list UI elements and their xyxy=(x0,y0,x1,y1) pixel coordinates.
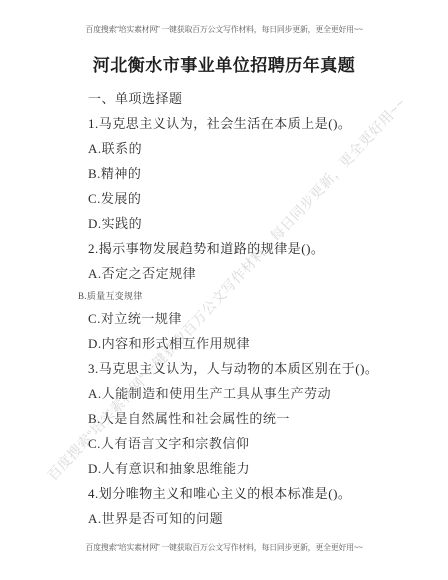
option-line: C.人有语言文字和宗教信仰 xyxy=(0,431,448,456)
option-line: A.人能制造和使用生产工具从事生产劳动 xyxy=(0,381,448,406)
question-line: 2.揭示事物发展趋势和道路的规律是()。 xyxy=(0,236,448,261)
exam-document-page: 百度搜索“培实素材网” 一键获取百万公文写作材料，每日同步更新，更全更好用~~ … xyxy=(0,0,448,580)
document-title: 河北衡水市事业单位招聘历年真题 xyxy=(0,54,448,78)
option-line: D.内容和形式相互作用规律 xyxy=(0,331,448,356)
option-line: B.人是自然属性和社会属性的统一 xyxy=(0,406,448,431)
option-line: A.否定之否定规律 xyxy=(0,261,448,286)
question-line: 4.划分唯物主义和唯心主义的根本标准是()。 xyxy=(0,481,448,506)
option-line: A.世界是否可知的问题 xyxy=(0,506,448,531)
option-line: C.发展的 xyxy=(0,186,448,211)
option-line: A.联系的 xyxy=(0,136,448,161)
question-line: 3.马克思主义认为，人与动物的本质区别在于()。 xyxy=(0,356,448,381)
option-line: B.精神的 xyxy=(0,161,448,186)
footer-promo-text: 百度搜索“培实素材网” 一键获取百万公文写作材料，每日同步更新，更全更好用~~ xyxy=(0,542,448,553)
option-line: C.对立统一规律 xyxy=(0,306,448,331)
question-line: 1.马克思主义认为，社会生活在本质上是()。 xyxy=(0,111,448,136)
header-promo-text: 百度搜索“培实素材网” 一键获取百万公文写作材料，每日同步更新，更全更好用~~ xyxy=(0,24,448,35)
option-small-line: B.质量互变规律 xyxy=(0,286,448,306)
option-line: D.人有意识和抽象思维能力 xyxy=(0,456,448,481)
section-line: 一、单项选择题 xyxy=(0,86,448,111)
question-list: 一、单项选择题1.马克思主义认为，社会生活在本质上是()。A.联系的B.精神的C… xyxy=(0,86,448,531)
option-line: D.实践的 xyxy=(0,211,448,236)
